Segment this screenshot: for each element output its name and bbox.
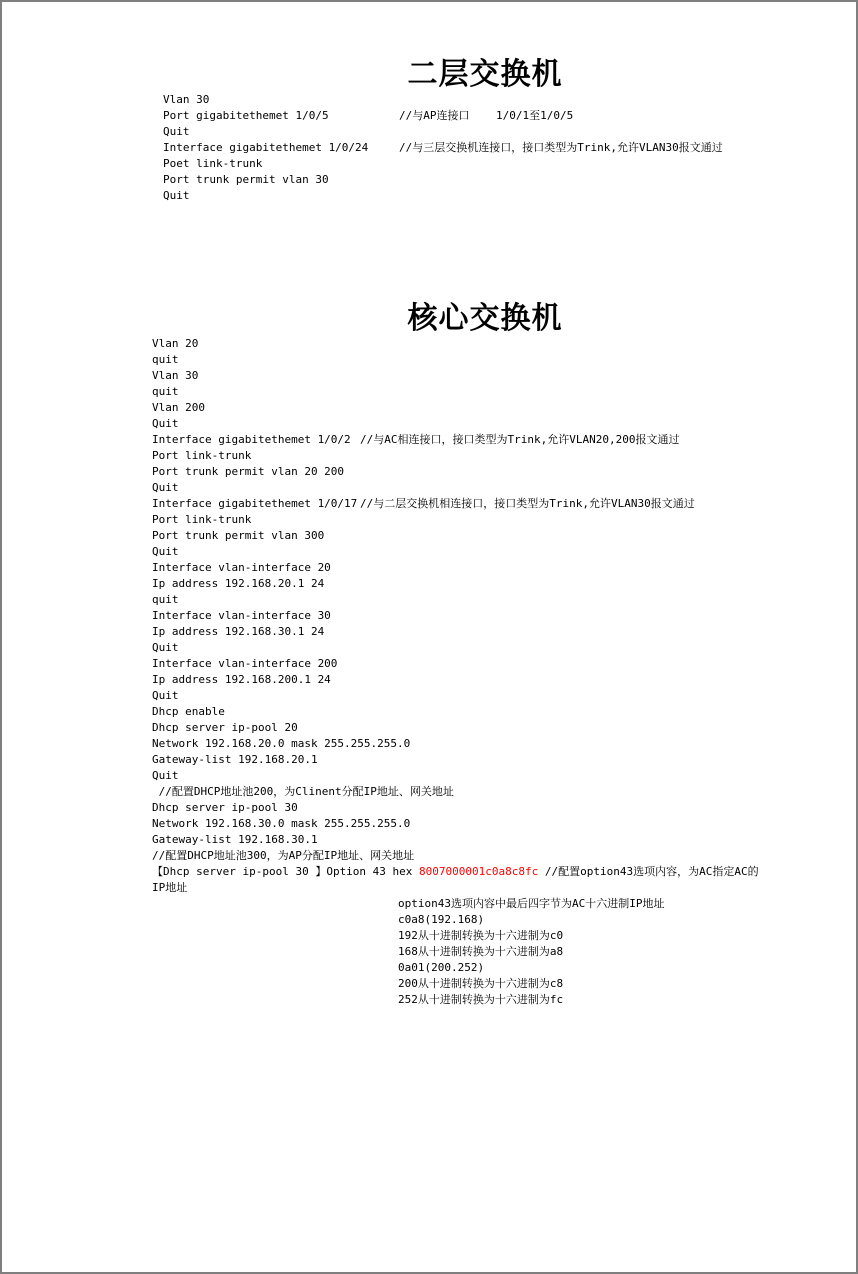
code-text: Port trunk permit vlan 30 [163,173,329,186]
code-text: Ip address 192.168.200.1 24 [152,673,331,686]
code-text: Quit [152,641,179,654]
section-title-core-switch: 核心交换机 [152,302,818,336]
code-line: Gateway-list 192.168.20.1 [152,752,818,768]
code-text: Dhcp server ip-pool 30 [152,801,298,814]
code-line: Quit [152,544,818,560]
section-title-layer2-switch: 二层交换机 [152,58,818,92]
code-line: Quit [152,416,818,432]
note-line: 192从十进制转换为十六进制为c0 [398,928,818,944]
code-text: //配置DHCP地址池300，为AP分配IP地址、网关地址 [152,849,414,862]
code-text: Interface vlan-interface 20 [152,561,331,574]
code-line: Quit [152,480,818,496]
code-line: Interface gigabitethemet 1/0/24//与三层交换机连… [152,140,818,156]
note-line: 200从十进制转换为十六进制为c8 [398,976,818,992]
code-line: Interface vlan-interface 200 [152,656,818,672]
code-lines: Vlan 20quitVlan 30quitVlan 200QuitInterf… [152,336,818,896]
code-text: quit [152,593,179,606]
note-line: c0a8(192.168) [398,912,818,928]
code-text: //配置DHCP地址池200，为Clinent分配IP地址、网关地址 [152,785,454,798]
inline-comment: //与AP连接口 1/0/1至1/0/5 [399,108,573,124]
code-line: Interface gigabitethemet 1/0/17//与二层交换机相… [152,496,818,512]
code-text: Gateway-list 192.168.20.1 [152,753,318,766]
code-line: 【Dhcp server ip-pool 30 】Option 43 hex 8… [152,864,818,880]
code-text: Quit [152,769,179,782]
code-text: Interface gigabitethemet 1/0/2 [152,433,351,446]
code-line: IP地址 [152,880,818,896]
code-line: Network 192.168.20.0 mask 255.255.255.0 [152,736,818,752]
code-text: Port trunk permit vlan 20 200 [152,465,344,478]
code-line: Vlan 30 [152,368,818,384]
document-content: 二层交换机 Vlan 30Port gigabitethemet 1/0/5//… [152,2,818,1008]
code-line: Port trunk permit vlan 30 [152,172,818,188]
code-line: Ip address 192.168.30.1 24 [152,624,818,640]
note-line: 252从十进制转换为十六进制为fc [398,992,818,1008]
code-segment: //配置option43选项内容，为AC指定AC的 [538,865,758,878]
code-text: Network 192.168.20.0 mask 255.255.255.0 [152,737,410,750]
code-text: Ip address 192.168.20.1 24 [152,577,324,590]
code-line: Gateway-list 192.168.30.1 [152,832,818,848]
code-text: Interface gigabitethemet 1/0/24 [163,141,368,154]
code-line: Interface vlan-interface 20 [152,560,818,576]
inline-comment: //与二层交换机相连接口，接口类型为Trink,允许VLAN30报文通过 [360,496,695,512]
code-line: Vlan 30 [152,92,818,108]
code-text: Network 192.168.30.0 mask 255.255.255.0 [152,817,410,830]
code-line: Port link-trunk [152,448,818,464]
code-text: Ip address 192.168.30.1 24 [152,625,324,638]
code-text: Port trunk permit vlan 300 [152,529,324,542]
code-line: Port trunk permit vlan 20 200 [152,464,818,480]
code-line: Port gigabitethemet 1/0/5//与AP连接口 1/0/1至… [152,108,818,124]
code-line: Port trunk permit vlan 300 [152,528,818,544]
code-text: Port gigabitethemet 1/0/5 [163,109,329,122]
code-segment: 【Dhcp server ip-pool 30 】Option 43 hex [152,865,419,878]
code-line: //配置DHCP地址池300，为AP分配IP地址、网关地址 [152,848,818,864]
code-line: Interface gigabitethemet 1/0/2//与AC相连接口，… [152,432,818,448]
code-text: Vlan 30 [152,369,198,382]
code-text: Interface vlan-interface 30 [152,609,331,622]
code-text: IP地址 [152,881,187,894]
code-text: quit [152,353,179,366]
code-line: Quit [152,640,818,656]
document-page: 二层交换机 Vlan 30Port gigabitethemet 1/0/5//… [0,0,858,1274]
note-line: 0a01(200.252) [398,960,818,976]
code-line: Port link-trunk [152,512,818,528]
code-line: Poet link-trunk [152,156,818,172]
code-line: Quit [152,688,818,704]
code-text: Vlan 30 [163,93,209,106]
code-segment-highlight: 8007000001c0a8c8fc [419,865,538,878]
code-line: Vlan 200 [152,400,818,416]
code-line: Quit [152,768,818,784]
code-line: Network 192.168.30.0 mask 255.255.255.0 [152,816,818,832]
code-text: Quit [152,417,179,430]
inline-comment: //与AC相连接口，接口类型为Trink,允许VLAN20,200报文通过 [360,432,679,448]
code-line: quit [152,592,818,608]
code-text: Interface gigabitethemet 1/0/17 [152,497,357,510]
code-text: Quit [163,189,190,202]
code-text: Quit [152,545,179,558]
code-text: quit [152,385,179,398]
code-line: //配置DHCP地址池200，为Clinent分配IP地址、网关地址 [152,784,818,800]
code-line: Ip address 192.168.200.1 24 [152,672,818,688]
code-line: Quit [152,188,818,204]
code-text: Vlan 20 [152,337,198,350]
code-text: Quit [163,125,190,138]
code-line: Quit [152,124,818,140]
code-line: Ip address 192.168.20.1 24 [152,576,818,592]
code-text: Poet link-trunk [163,157,262,170]
code-lines: Vlan 30Port gigabitethemet 1/0/5//与AP连接口… [152,92,818,204]
code-line: quit [152,384,818,400]
code-line: quit [152,352,818,368]
code-line: Vlan 20 [152,336,818,352]
inline-comment: //与三层交换机连接口，接口类型为Trink,允许VLAN30报文通过 [399,140,723,156]
code-text: Port link-trunk [152,449,251,462]
option43-note-block: option43选项内容中最后四字节为AC十六进制IP地址c0a8(192.16… [152,896,818,1008]
code-text: Interface vlan-interface 200 [152,657,337,670]
code-text: Dhcp enable [152,705,225,718]
code-text: Dhcp server ip-pool 20 [152,721,298,734]
code-line: Dhcp server ip-pool 20 [152,720,818,736]
code-line: Interface vlan-interface 30 [152,608,818,624]
code-text: Gateway-list 192.168.30.1 [152,833,318,846]
code-text: Port link-trunk [152,513,251,526]
section-layer2-switch: 二层交换机 Vlan 30Port gigabitethemet 1/0/5//… [152,58,818,204]
code-line: Dhcp server ip-pool 30 [152,800,818,816]
code-text: Quit [152,481,179,494]
section-core-switch: 核心交换机 Vlan 20quitVlan 30quitVlan 200Quit… [152,302,818,1008]
code-line: Dhcp enable [152,704,818,720]
note-line: 168从十进制转换为十六进制为a8 [398,944,818,960]
code-text: Vlan 200 [152,401,205,414]
code-text: Quit [152,689,179,702]
note-line: option43选项内容中最后四字节为AC十六进制IP地址 [398,896,818,912]
